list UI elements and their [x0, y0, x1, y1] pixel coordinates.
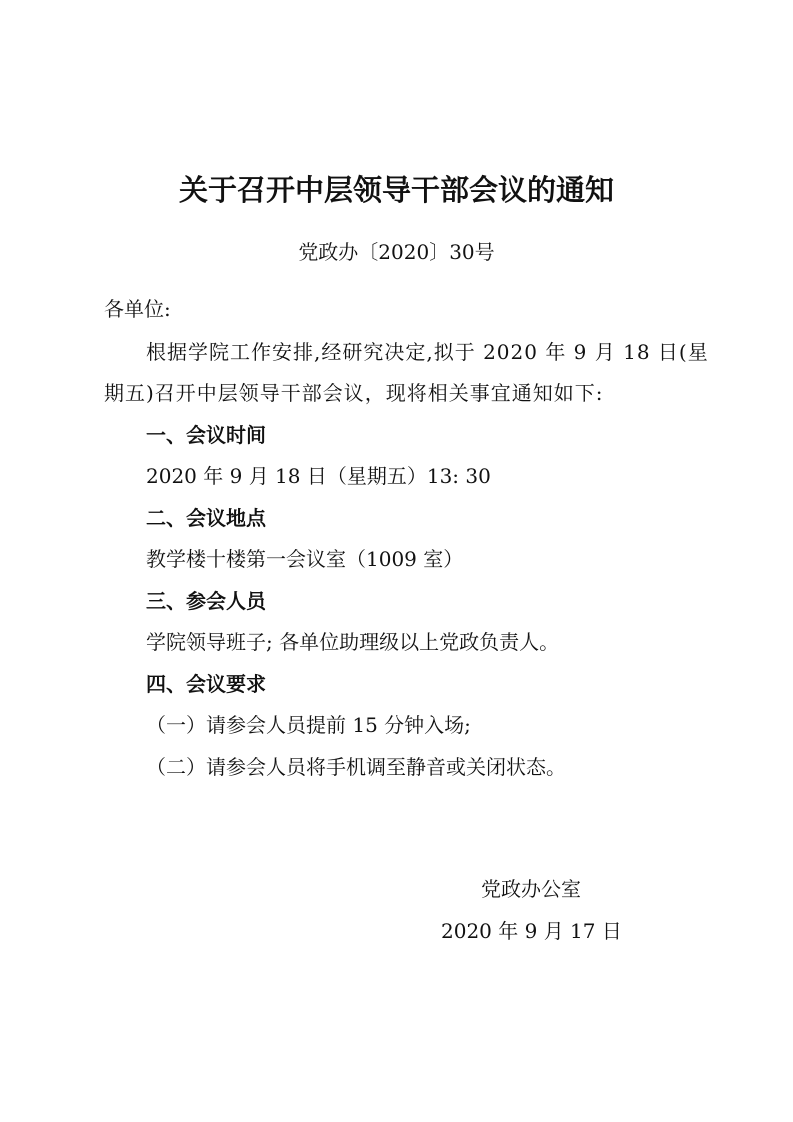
section-content-requirement-1: （一）请参会人员提前 15 分钟入场; [146, 713, 471, 737]
section-heading-time: 一、会议时间 [146, 423, 266, 447]
salutation: 各单位: [104, 297, 171, 321]
document-title: 关于召开中层领导干部会议的通知 [0, 172, 793, 208]
section-heading-requirements: 四、会议要求 [146, 672, 266, 696]
section-content-location: 教学楼十楼第一会议室（1009 室） [146, 547, 463, 571]
signature-date: 2020 年 9 月 17 日 [441, 919, 622, 943]
intro-line-1: 根据学院工作安排,经研究决定,拟于 2020 年 9 月 18 日(星 [146, 340, 709, 364]
section-heading-attendees: 三、参会人员 [146, 589, 266, 613]
intro-line-2: 期五)召开中层领导干部会议，现将相关事宜通知如下: [104, 381, 604, 405]
document-number: 党政办〔2020〕30号 [0, 240, 793, 264]
signature-org: 党政办公室 [481, 877, 581, 901]
section-heading-location: 二、会议地点 [146, 506, 266, 530]
section-content-attendees: 学院领导班子; 各单位助理级以上党政负责人。 [146, 630, 559, 654]
section-content-requirement-2: （二）请参会人员将手机调至静音或关闭状态。 [146, 755, 566, 779]
section-content-time: 2020 年 9 月 18 日（星期五）13: 30 [146, 464, 491, 488]
